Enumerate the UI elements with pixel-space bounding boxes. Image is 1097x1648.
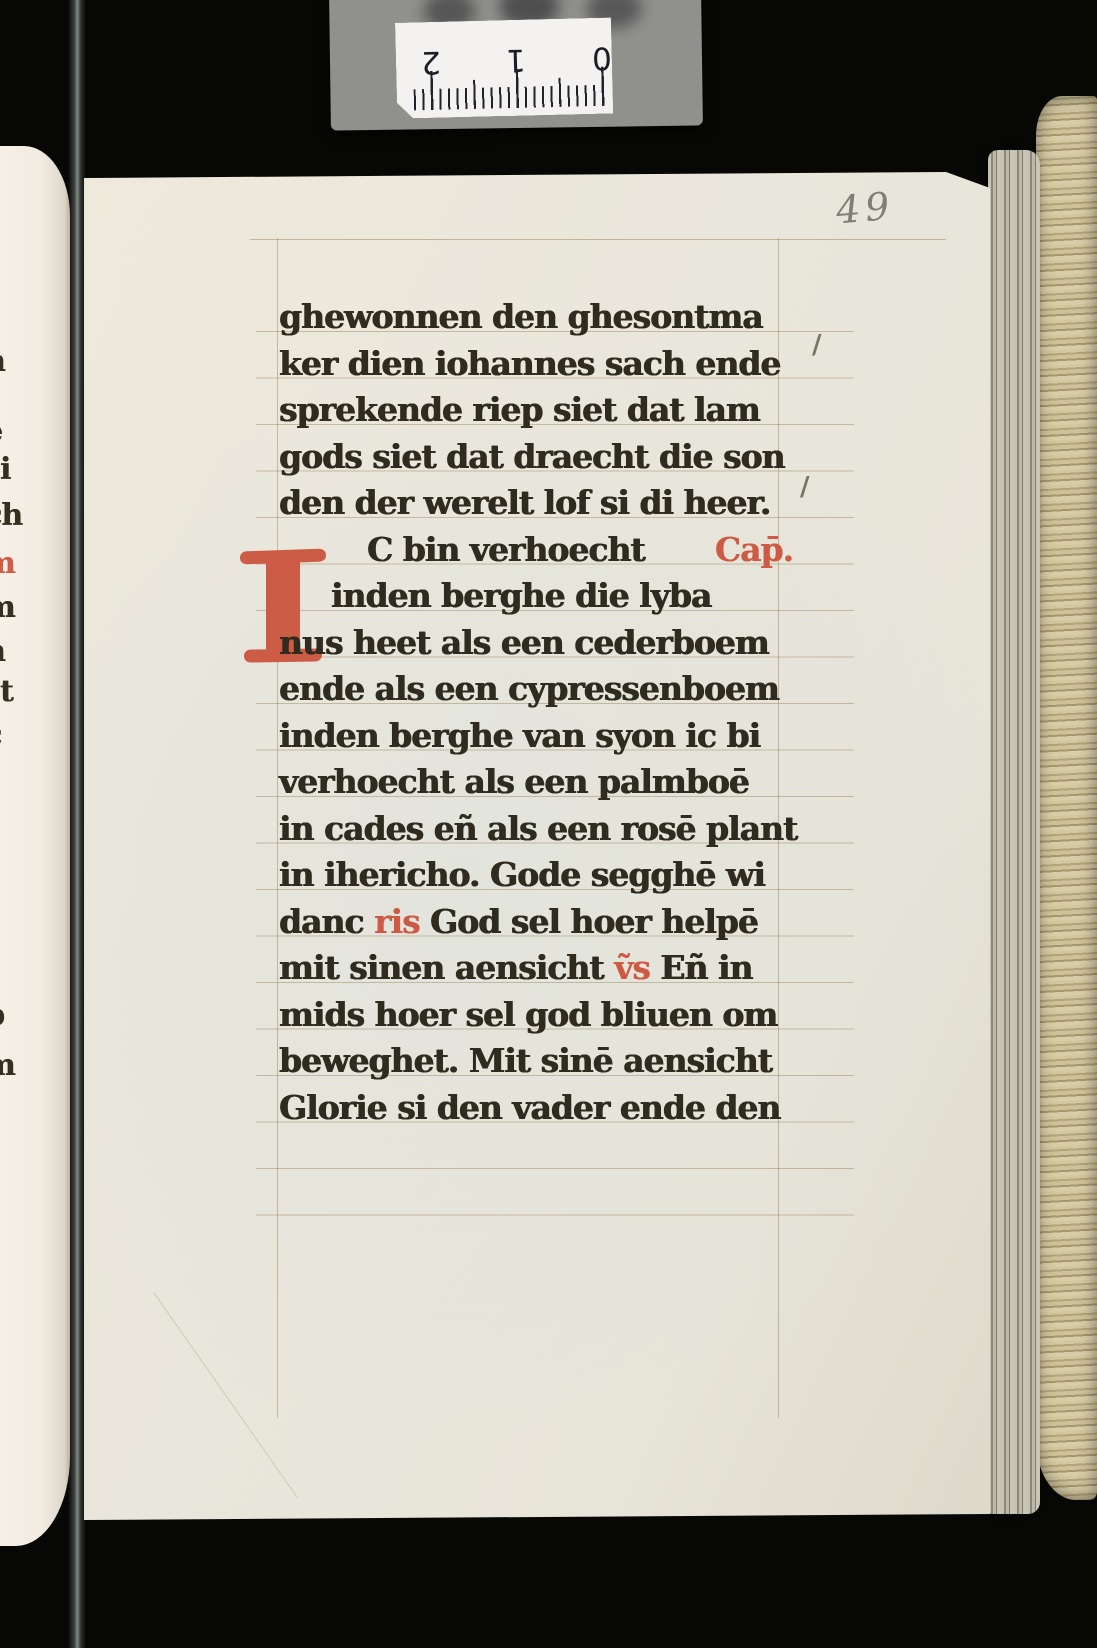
- body-text: den der werelt lof si di heer.: [279, 483, 770, 522]
- margin-mark: /: [812, 330, 822, 360]
- facing-page-letter-fragment: st: [0, 674, 30, 709]
- rubric-text: ṽs: [614, 948, 650, 987]
- text-block: ghewonnen den ghesontmaker dien iohannes…: [279, 294, 799, 1131]
- body-text: mids hoer sel god bliuen om: [279, 995, 777, 1034]
- ruler-label: 210: [395, 18, 613, 119]
- body-text: Eñ in: [650, 948, 753, 987]
- manuscript-line: den der werelt lof si di heer.: [279, 480, 799, 527]
- facing-page-letter-fragment: e: [0, 414, 30, 449]
- facing-page-letter-fragment: ch: [0, 498, 30, 533]
- facing-page-sliver: nesichmmnstcpm: [0, 146, 70, 1546]
- manuscript-line: gods siet dat draecht die son: [279, 434, 799, 481]
- body-text: ker dien iohannes sach ende: [279, 344, 780, 383]
- photo-stage: nesichmmnstcpm 49 ghewonnen den ghesontm…: [0, 0, 1097, 1648]
- body-text: gods siet dat draecht die son: [279, 437, 785, 476]
- body-text: inden berghe van syon ic bi: [279, 716, 760, 755]
- manuscript-line: nus heet als een cederboem: [279, 620, 799, 667]
- manuscript-line: beweghet. Mit sinē aensicht: [279, 1038, 799, 1085]
- facing-page-letter-fragment: m: [0, 590, 30, 625]
- rubric-text: ris: [374, 902, 420, 941]
- manuscript-line: verhoecht als een palmboē: [279, 759, 799, 806]
- ruling-horizontal-top: [250, 239, 946, 240]
- gray-scale-card: 210: [329, 0, 703, 131]
- manuscript-line: inden berghe die lyba: [279, 573, 799, 620]
- facing-page-letter-fragment: m: [0, 546, 30, 581]
- manuscript-line: mit sinen aensicht ṽs Eñ in: [279, 945, 799, 992]
- facing-page-letter-fragment: n: [0, 634, 30, 669]
- parchment-scratch: [153, 1292, 297, 1497]
- body-text: Glorie si den vader ende den: [279, 1088, 780, 1127]
- manuscript-line: C bin verhoechtCap̄.: [279, 527, 799, 574]
- body-text: mit sinen aensicht: [279, 948, 614, 987]
- facing-page-letter-fragment: c: [0, 718, 30, 753]
- body-text: in ihericho. Gode segghē wi: [279, 855, 765, 894]
- facing-page-letter-fragment: si: [0, 452, 30, 487]
- manuscript-line: in cades eñ als een rosē plant: [279, 806, 799, 853]
- body-text: verhoecht als een palmboē: [279, 762, 749, 801]
- body-text: beweghet. Mit sinē aensicht: [279, 1041, 772, 1080]
- margin-mark: /: [800, 472, 810, 502]
- glass-plate-edge: [68, 0, 86, 1648]
- facing-page-letter-fragment: p: [0, 998, 30, 1033]
- manuscript-page: 49 ghewonnen den ghesontmaker dien iohan…: [84, 172, 990, 1520]
- facing-page-letter-fragment: n: [0, 344, 30, 379]
- page-stack-edges: [988, 150, 1040, 1514]
- manuscript-line: danc ris God sel hoer helpē: [279, 899, 799, 946]
- ruler-ticks-cm: [430, 67, 607, 110]
- body-text: C bin verhoecht: [367, 527, 645, 574]
- manuscript-line: in ihericho. Gode segghē wi: [279, 852, 799, 899]
- manuscript-line: mids hoer sel god bliuen om: [279, 992, 799, 1039]
- rubric-text: Cap̄.: [715, 527, 793, 574]
- body-text: God sel hoer helpē: [420, 902, 758, 941]
- body-text: danc: [279, 902, 374, 941]
- folio-number-pencil: 49: [834, 184, 896, 233]
- manuscript-line: Glorie si den vader ende den: [279, 1085, 799, 1132]
- manuscript-line: ghewonnen den ghesontma: [279, 294, 799, 341]
- body-text: inden berghe die lyba: [331, 576, 711, 615]
- manuscript-line: sprekende riep siet dat lam: [279, 387, 799, 434]
- body-text: in cades eñ als een rosē plant: [279, 809, 797, 848]
- body-text: sprekende riep siet dat lam: [279, 390, 760, 429]
- manuscript-line: ende als een cypressenboem: [279, 666, 799, 713]
- book-fore-edge: [1036, 96, 1097, 1500]
- body-text: nus heet als een cederboem: [279, 623, 769, 662]
- manuscript-line: ker dien iohannes sach ende: [279, 341, 799, 388]
- facing-page-letter-fragment: m: [0, 1048, 30, 1083]
- body-text: ghewonnen den ghesontma: [279, 297, 763, 336]
- body-text: ende als een cypressenboem: [279, 669, 779, 708]
- manuscript-line: inden berghe van syon ic bi: [279, 713, 799, 760]
